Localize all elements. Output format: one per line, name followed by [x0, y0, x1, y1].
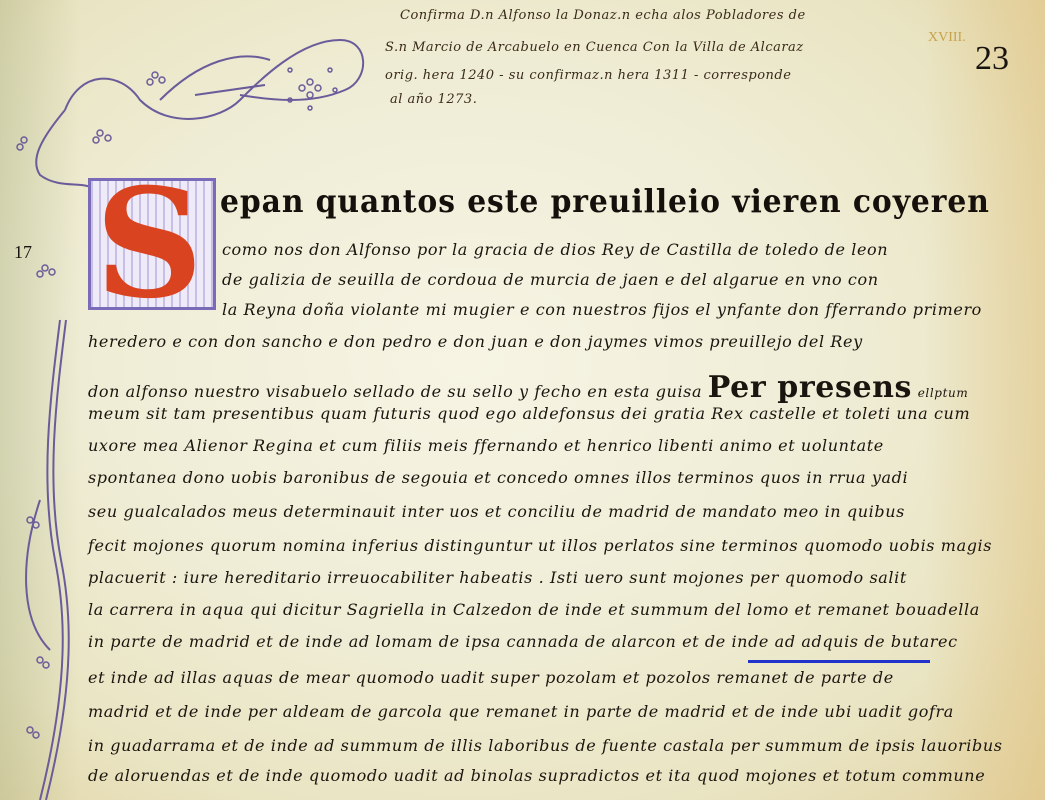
text-line-9: seu gualcalados meus determinauit inter … — [88, 502, 905, 521]
text-line-15: madrid et de inde per aldeam de garcola … — [88, 702, 954, 721]
text-line-11: placuerit : iure hereditario irreuocabil… — [88, 568, 907, 587]
marginal-note-line-2: S.n Marcio de Arcabuelo en Cuenca Con la… — [385, 40, 804, 55]
emphasis-word: Per presens — [708, 370, 912, 405]
illuminated-initial: S — [88, 178, 216, 310]
text-line-12: la carrera in aqua qui dicitur Sagriella… — [88, 600, 980, 619]
text-line-6: meum sit tam presentibus quam futuris qu… — [88, 404, 970, 423]
folio-number: 23 — [975, 40, 1009, 78]
text-line-5-suffix: ellptum — [918, 386, 969, 400]
text-line-13: in parte de madrid et de inde ad lomam d… — [88, 632, 958, 651]
text-line-2: de galizia de seuilla de cordoua de murc… — [222, 270, 879, 289]
text-line-16: in guadarrama et de inde ad summum de il… — [88, 736, 1003, 755]
text-line-1: como nos don Alfonso por la gracia de di… — [222, 240, 888, 259]
margin-number: 17 — [14, 242, 32, 263]
highlight-underline — [748, 660, 930, 663]
text-line-10: fecit mojones quorum nomina inferius dis… — [88, 536, 992, 555]
title-line: epan quantos este preuilleio vieren coye… — [220, 182, 990, 220]
marginal-note-line-1: Confirma D.n Alfonso la Donaz.n echa alo… — [400, 8, 806, 23]
roman-numeral-annotation: XVIII. — [928, 30, 966, 46]
text-line-8: spontanea dono uobis baronibus de segoui… — [88, 468, 908, 487]
text-line-17: de aloruendas et de inde quomodo uadit a… — [88, 766, 985, 785]
initial-letter: S — [95, 169, 203, 319]
text-line-5: don alfonso nuestro visabuelo sellado de… — [88, 370, 968, 405]
text-line-7: uxore mea Alienor Regina et cum filiis m… — [88, 436, 884, 455]
marginal-note-line-4: al año 1273. — [390, 92, 477, 107]
text-line-4: heredero e con don sancho e don pedro e … — [88, 332, 863, 351]
text-line-3: la Reyna doña violante mi mugier e con n… — [222, 300, 982, 319]
text-line-14: et inde ad illas aquas de mear quomodo u… — [88, 668, 894, 687]
marginal-note-line-3: orig. hera 1240 - su confirmaz.n hera 13… — [385, 68, 791, 83]
manuscript-page: Confirma D.n Alfonso la Donaz.n echa alo… — [0, 0, 1045, 800]
text-line-5-prefix: don alfonso nuestro visabuelo sellado de… — [88, 382, 702, 401]
